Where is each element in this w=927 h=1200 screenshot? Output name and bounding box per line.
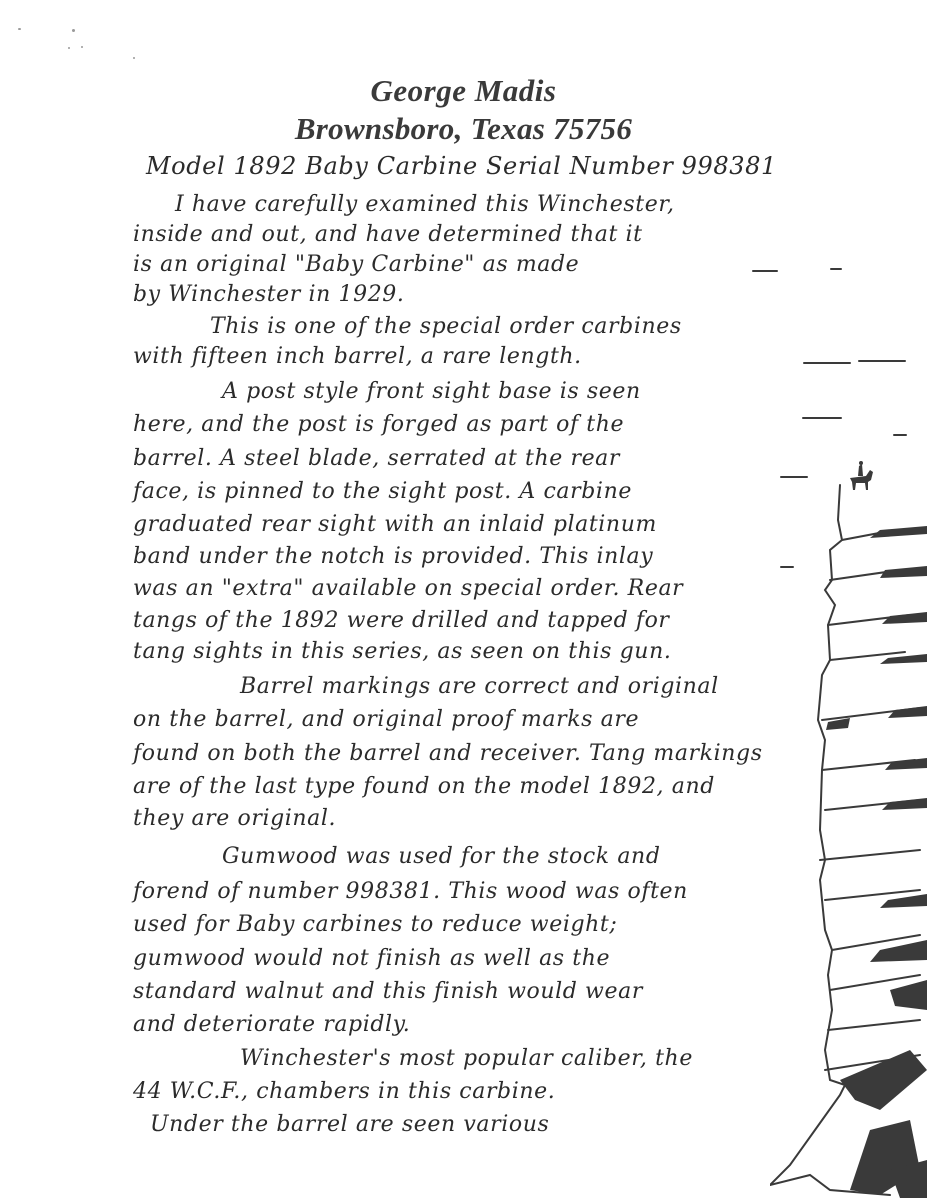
letterhead-name: George Madis <box>0 72 927 110</box>
margin-dash-mark <box>752 270 778 272</box>
handwritten-line: was an "extra" available on special orde… <box>133 576 683 601</box>
scan-speck <box>72 29 75 32</box>
handwritten-line: inside and out, and have determined that… <box>133 222 643 247</box>
handwritten-line: Gumwood was used for the stock and <box>222 844 661 869</box>
margin-dash-mark <box>858 360 906 362</box>
handwritten-line: 44 W.C.F., chambers in this carbine. <box>133 1079 555 1104</box>
handwritten-line: face, is pinned to the sight post. A car… <box>133 479 632 504</box>
handwritten-line: with fifteen inch barrel, a rare length. <box>133 344 582 369</box>
handwritten-line: are of the last type found on the model … <box>133 774 715 799</box>
margin-dash-mark <box>803 362 851 364</box>
handwritten-line: here, and the post is forged as part of … <box>133 412 624 437</box>
handwritten-line: by Winchester in 1929. <box>133 282 405 307</box>
handwritten-line: graduated rear sight with an inlaid plat… <box>133 512 657 537</box>
handwritten-line: This is one of the special order carbine… <box>210 314 682 339</box>
handwritten-line: I have carefully examined this Wincheste… <box>175 192 675 217</box>
handwritten-line: used for Baby carbines to reduce weight; <box>133 912 617 937</box>
rock-pillar-illustration <box>770 430 927 1200</box>
margin-dash-mark <box>802 417 842 419</box>
scan-speck <box>133 57 135 59</box>
handwritten-line: gumwood would not finish as well as the <box>133 946 610 971</box>
scan-speck <box>81 46 83 48</box>
margin-dash-mark <box>830 268 842 270</box>
handwritten-line: and deteriorate rapidly. <box>133 1012 410 1037</box>
handwritten-line: band under the notch is provided. This i… <box>133 544 653 569</box>
handwritten-line: barrel. A steel blade, serrated at the r… <box>133 446 620 471</box>
handwritten-line: forend of number 998381. This wood was o… <box>133 879 688 904</box>
subject-line: Model 1892 Baby Carbine Serial Number 99… <box>146 152 777 180</box>
scan-speck <box>68 47 70 49</box>
handwritten-line: tang sights in this series, as seen on t… <box>133 639 671 664</box>
handwritten-line: is an original "Baby Carbine" as made <box>133 252 579 277</box>
letterhead: George Madis Brownsboro, Texas 75756 <box>0 72 927 148</box>
handwritten-line: they are original. <box>133 806 336 831</box>
handwritten-line: Winchester's most popular caliber, the <box>240 1046 693 1071</box>
handwritten-line: on the barrel, and original proof marks … <box>133 707 639 732</box>
handwritten-line: tangs of the 1892 were drilled and tappe… <box>133 608 670 633</box>
handwritten-line: standard walnut and this finish would we… <box>133 979 643 1004</box>
handwritten-line: A post style front sight base is seen <box>222 379 641 404</box>
handwritten-line: Under the barrel are seen various <box>150 1112 549 1137</box>
handwritten-line: found on both the barrel and receiver. T… <box>133 741 763 766</box>
letterhead-address: Brownsboro, Texas 75756 <box>0 110 927 148</box>
handwritten-line: Barrel markings are correct and original <box>240 674 719 699</box>
rock-pillar-drawing <box>770 430 927 1200</box>
scan-speck <box>18 28 21 30</box>
